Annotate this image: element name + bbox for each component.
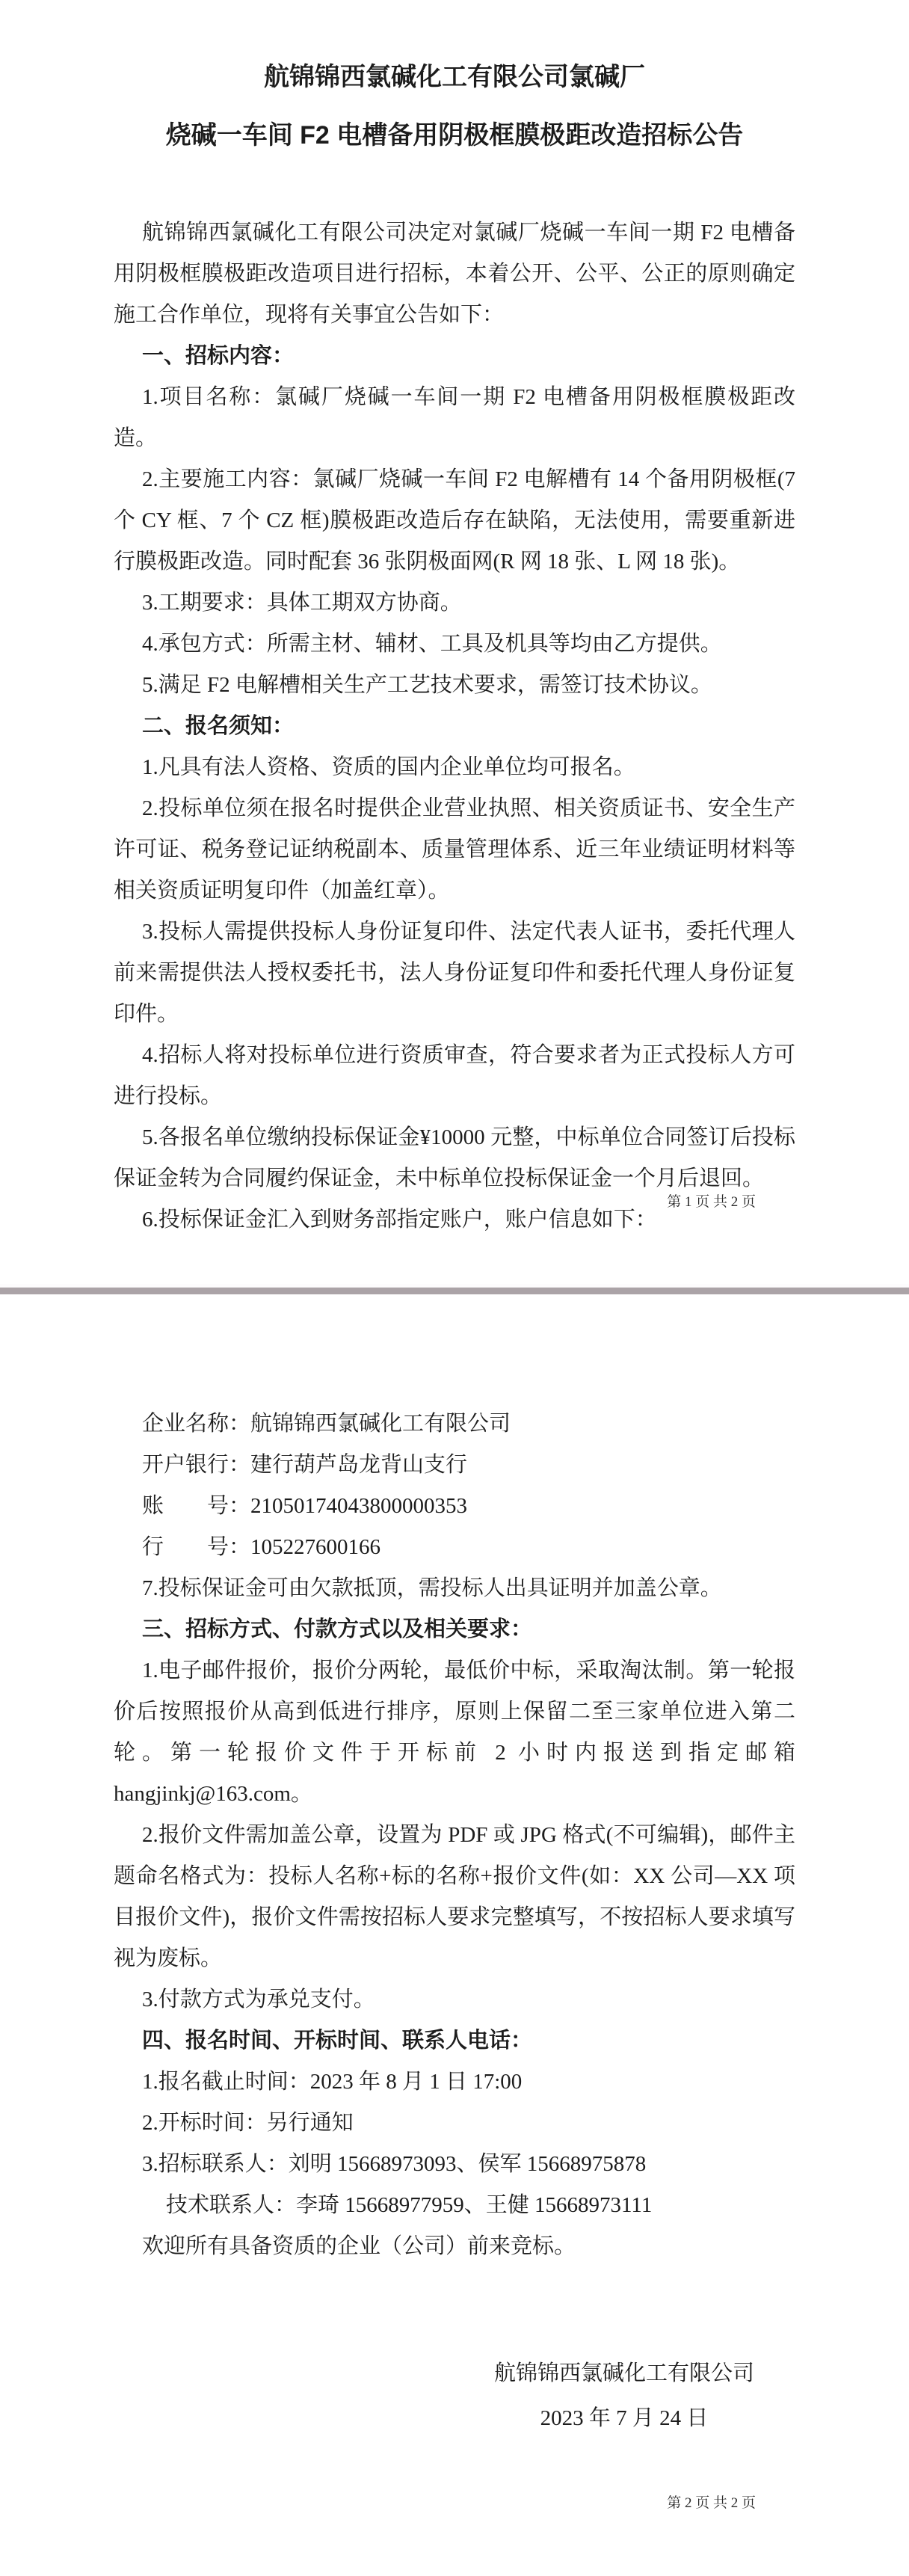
closing-line: 欢迎所有具备资质的企业（公司）前来竞标。: [114, 2226, 795, 2267]
section-1-item: 4.承包方式：所需主材、辅材、工具及机具等均由乙方提供。: [114, 624, 795, 665]
section-1-item: 2.主要施工内容：氯碱厂烧碱一车间 F2 电解槽有 14 个备用阴极框(7 个 …: [114, 459, 795, 582]
section-4-item: 2.开标时间：另行通知: [114, 2103, 795, 2144]
section-1-item: 5.满足 F2 电解槽相关生产工艺技术要求，需签订技术协议。: [114, 665, 795, 706]
section-2-item: 3.投标人需提供投标人身份证复印件、法定代表人证书，委托代理人前来需提供法人授权…: [114, 912, 795, 1035]
document: 航锦锦西氯碱化工有限公司氯碱厂 烧碱一车间 F2 电槽备用阴极框膜极距改造招标公…: [0, 0, 909, 2576]
page-break-divider: [0, 1284, 909, 1294]
section-3-item: 1.电子邮件报价，报价分两轮，最低价中标，采取淘汰制。第一轮报价后按照报价从高到…: [114, 1650, 795, 1815]
section-2-item: 1.凡具有法人资格、资质的国内企业单位均可报名。: [114, 747, 795, 788]
section-4-heading: 四、报名时间、开标时间、联系人电话：: [114, 2020, 795, 2062]
section-3-item: 2.报价文件需加盖公章，设置为 PDF 或 JPG 格式(不可编辑)，邮件主题命…: [114, 1815, 795, 1979]
tech-contact-line: 技术联系人：李琦 15668977959、王健 15668973111: [114, 2185, 795, 2226]
section-1-item: 3.工期要求：具体工期双方协商。: [114, 582, 795, 624]
section-4-item: 1.报名截止时间：2023 年 8 月 1 日 17:00: [114, 2062, 795, 2103]
section-2-item: 4.招标人将对投标单位进行资质审查，符合要求者为正式投标人方可进行投标。: [114, 1035, 795, 1117]
section-1-item: 1.项目名称：氯碱厂烧碱一车间一期 F2 电槽备用阴极框膜极距改造。: [114, 377, 795, 459]
section-2-item: 2.投标单位须在报名时提供企业营业执照、相关资质证书、安全生产许可证、税务登记证…: [114, 788, 795, 912]
account-company-line: 企业名称：航锦锦西氯碱化工有限公司: [114, 1404, 795, 1445]
account-bank-line: 开户银行：建行葫芦岛龙背山支行: [114, 1445, 795, 1486]
bank-code-line: 行 号：105227600166: [114, 1527, 795, 1568]
section-2-heading: 二、报名须知：: [114, 706, 795, 747]
page-2: 企业名称：航锦锦西氯碱化工有限公司 开户银行：建行葫芦岛龙背山支行 账 号：21…: [0, 1294, 909, 2576]
document-title-line-2: 烧碱一车间 F2 电槽备用阴极框膜极距改造招标公告: [166, 121, 744, 150]
section-2-item: 5.各报名单位缴纳投标保证金¥10000 元整，中标单位合同签订后投标保证金转为…: [114, 1117, 795, 1199]
section-4-item: 3.招标联系人：刘明 15668973093、侯军 15668975878: [114, 2144, 795, 2185]
page-1: 航锦锦西氯碱化工有限公司氯碱厂 烧碱一车间 F2 电槽备用阴极框膜极距改造招标公…: [0, 0, 909, 1284]
account-number-line: 账 号：21050174043800000353: [114, 1486, 795, 1527]
signature-date: 2023 年 7 月 24 日: [494, 2396, 754, 2441]
section-1-heading: 一、招标内容：: [114, 336, 795, 377]
page-2-footer: 第 2 页 共 2 页: [667, 2492, 756, 2512]
page-1-footer: 第 1 页 共 2 页: [667, 1190, 756, 1211]
section-2-item: 7.投标保证金可由欠款抵顶，需投标人出具证明并加盖公章。: [114, 1568, 795, 1609]
signature-block: 航锦锦西氯碱化工有限公司 2023 年 7 月 24 日: [494, 2351, 754, 2441]
section-3-heading: 三、招标方式、付款方式以及相关要求：: [114, 1609, 795, 1650]
signature-company: 航锦锦西氯碱化工有限公司: [494, 2351, 754, 2396]
document-title: 航锦锦西氯碱化工有限公司氯碱厂 烧碱一车间 F2 电槽备用阴极框膜极距改造招标公…: [114, 48, 795, 165]
section-3-item: 3.付款方式为承兑支付。: [114, 1979, 795, 2020]
intro-paragraph: 航锦锦西氯碱化工有限公司决定对氯碱厂烧碱一车间一期 F2 电槽备用阴极框膜极距改…: [114, 212, 795, 336]
document-title-line-1: 航锦锦西氯碱化工有限公司氯碱厂: [264, 63, 645, 91]
